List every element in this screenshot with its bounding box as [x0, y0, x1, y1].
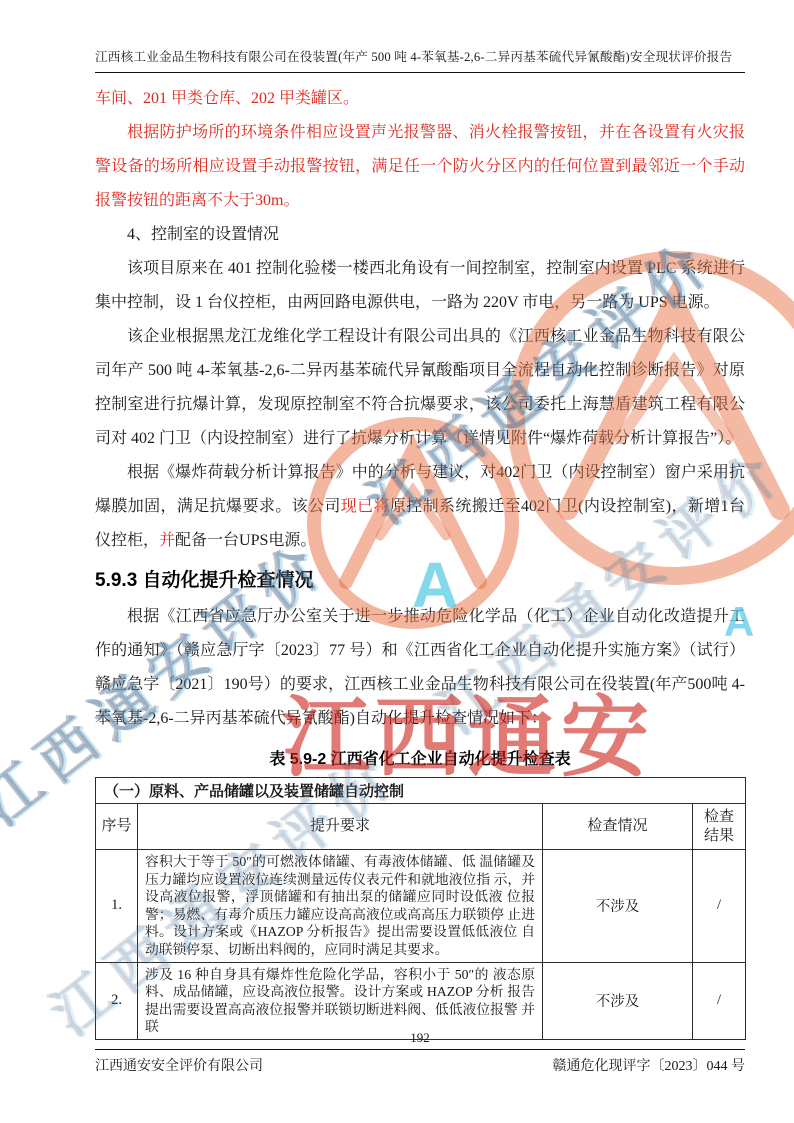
- paragraph-control-room-heading: 4、控制室的设置情况: [95, 218, 745, 252]
- page-header-title: 江西核工业金品生物科技有限公司在役装置(年产 500 吨 4-苯氧基-2,6-二…: [95, 46, 745, 73]
- column-header-requirement: 提升要求: [138, 804, 543, 850]
- cell-requirement: 容积大于等于 50″的可燃液体储罐、有毒液体储罐、低 温储罐及压力罐均应设置液位…: [138, 850, 543, 963]
- column-header-result: 检查结果: [693, 804, 746, 850]
- table-header-row: 序号 提升要求 检查情况 检查结果: [96, 804, 746, 850]
- paragraph-blast-report-conclusion: 根据《爆炸荷载分析计算报告》中的分析与建议，对402门卫（内设控制室）窗户采用抗…: [95, 456, 745, 558]
- cell-result: /: [693, 850, 746, 963]
- paragraph-segment-red: 现已将: [341, 498, 390, 515]
- column-header-status: 检查情况: [543, 804, 693, 850]
- cell-status: 不涉及: [543, 962, 693, 1039]
- paragraph-control-room-setup: 该项目原来在 401 控制化验楼一楼西北角设有一间控制室，控制室内设置 PLC …: [95, 252, 745, 320]
- cell-row-number: 2.: [96, 962, 138, 1039]
- paragraph-segment-red: 并: [159, 532, 175, 549]
- footer-doc-number: 赣通危化现评字〔2023〕044 号: [553, 1055, 746, 1075]
- table-row: 2. 涉及 16 种自身具有爆炸性危险化学品，容积小于 50″的 液态原料、成品…: [96, 962, 746, 1039]
- column-header-no: 序号: [96, 804, 138, 850]
- table-title: 表 5.9-2 江西省化工企业自动化提升检查表: [95, 746, 745, 769]
- document-page: 江西核工业金品生物科技有限公司在役装置(年产 500 吨 4-苯氧基-2,6-二…: [0, 0, 794, 1123]
- table-group-header: （一）原料、产品储罐以及装置储罐自动控制: [96, 778, 746, 804]
- paragraph-alarm-requirements: 根据防护场所的环境条件相应设置声光报警器、消火栓报警按钮，并在各设置有火灾报警设…: [95, 116, 745, 218]
- paragraph-blast-calculation: 该企业根据黑龙江龙维化学工程设计有限公司出具的《江西核工业金品生物科技有限公司年…: [95, 320, 745, 456]
- paragraph-segment: 配备一台UPS电源。: [175, 532, 316, 549]
- section-heading-593: 5.9.3 自动化提升检查情况: [95, 564, 745, 598]
- page-content: 江西核工业金品生物科技有限公司在役装置(年产 500 吨 4-苯氧基-2,6-二…: [95, 46, 745, 1040]
- paragraph-workshop-areas: 车间、201 甲类仓库、202 甲类罐区。: [95, 82, 745, 116]
- cell-result: /: [693, 962, 746, 1039]
- cell-status: 不涉及: [543, 850, 693, 963]
- page-footer: 192 江西通安安全评价有限公司 赣通危化现评字〔2023〕044 号: [95, 1030, 745, 1075]
- table-row: 1. 容积大于等于 50″的可燃液体储罐、有毒液体储罐、低 温储罐及压力罐均应设…: [96, 850, 746, 963]
- cell-row-number: 1.: [96, 850, 138, 963]
- cell-requirement: 涉及 16 种自身具有爆炸性危险化学品，容积小于 50″的 液态原料、成品储罐，…: [138, 962, 543, 1039]
- footer-page-number: 192: [95, 1030, 745, 1046]
- paragraph-automation-check-intro: 根据《江西省应急厅办公室关于进一步推动危险化学品（化工）企业自动化改造提升工作的…: [95, 600, 745, 736]
- table-group-header-row: （一）原料、产品储罐以及装置储罐自动控制: [96, 778, 746, 804]
- automation-check-table: （一）原料、产品储罐以及装置储罐自动控制 序号 提升要求 检查情况 检查结果 1…: [95, 777, 746, 1040]
- footer-company-name: 江西通安安全评价有限公司: [95, 1055, 263, 1075]
